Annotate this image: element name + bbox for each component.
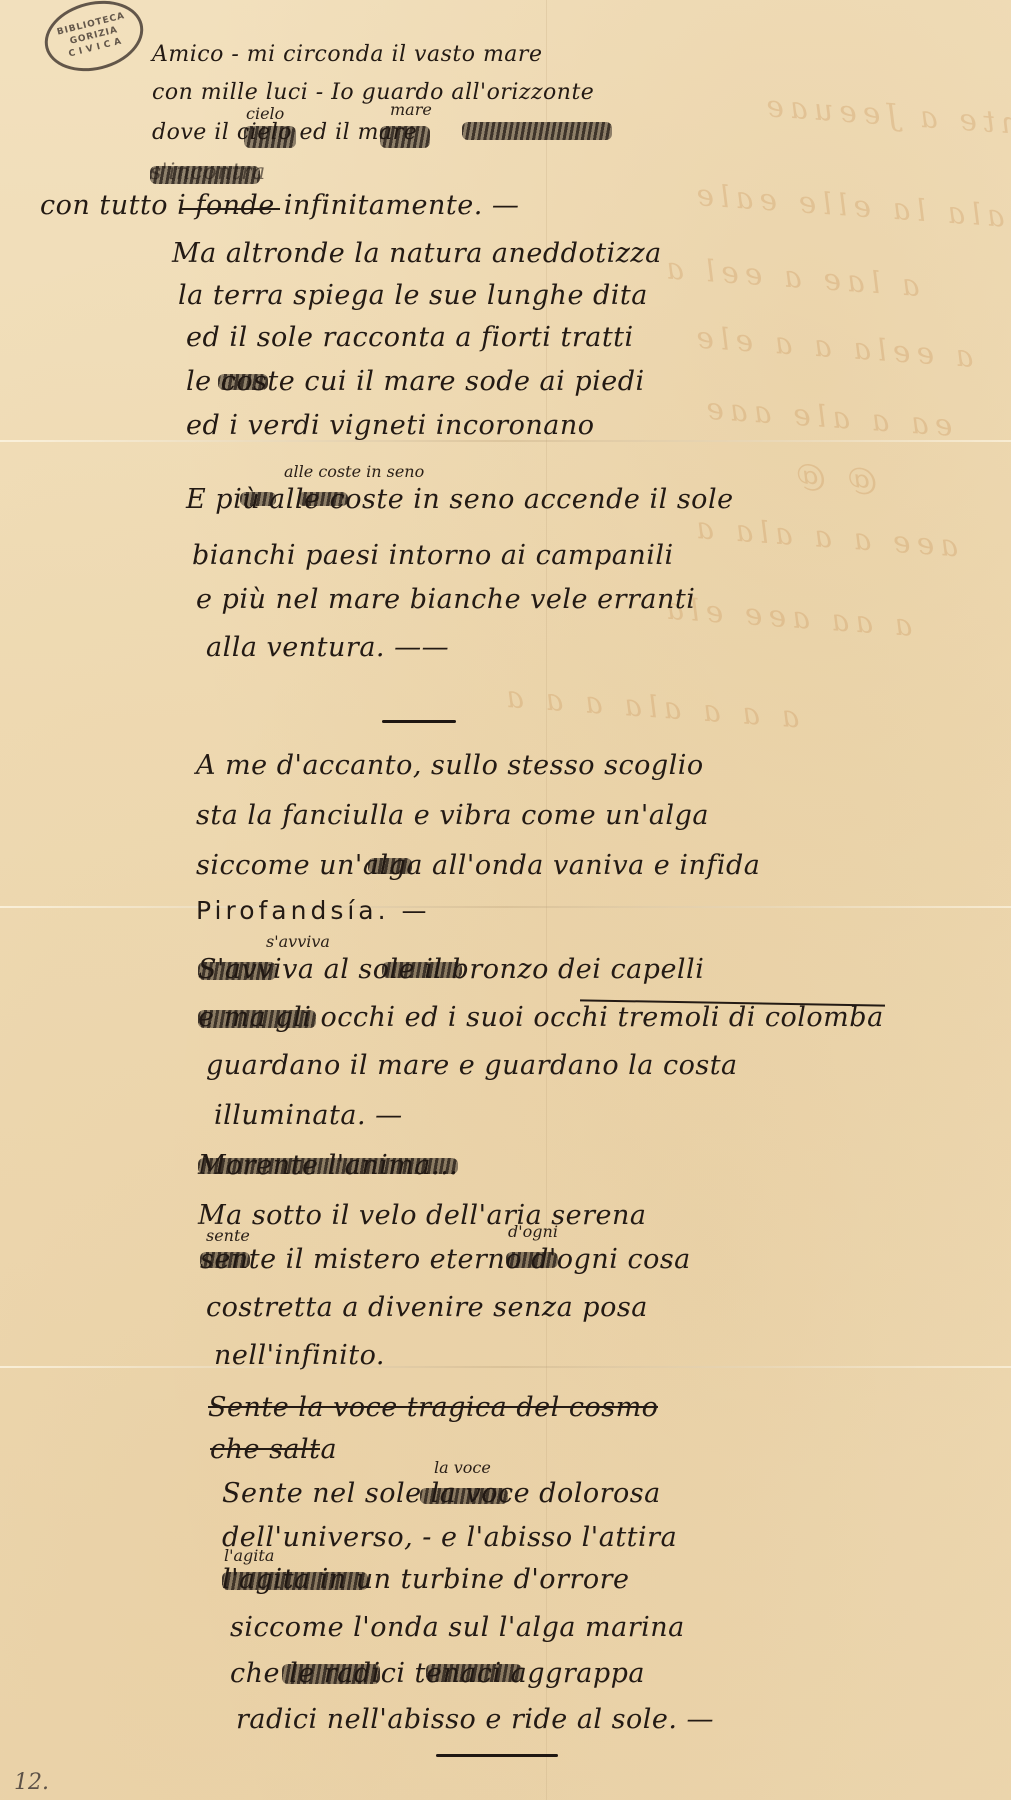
bleed-through-text: @ @ xyxy=(789,457,879,498)
poem-line: siccome un'alga all'onda vaniva e infida xyxy=(196,850,760,881)
poem-line: Ma altronde la natura aneddotizza xyxy=(172,238,662,269)
crossed-out-word xyxy=(506,1252,558,1268)
poem-line: dell'universo, - e l'abisso l'attira xyxy=(222,1522,677,1553)
library-stamp: BIBLIOTECA GORIZIA CIVICA xyxy=(37,0,150,81)
page-number: 12. xyxy=(14,1770,49,1795)
crossed-out-word xyxy=(198,1010,316,1028)
insertion-text: la voce xyxy=(434,1458,491,1477)
crossed-out-word xyxy=(222,1572,368,1590)
crossed-out-word xyxy=(240,492,276,506)
crossed-out-word xyxy=(380,126,430,148)
insertion-text: mare xyxy=(390,100,432,119)
strikethrough xyxy=(210,1448,320,1450)
bleed-through-text: a eela a a ele xyxy=(689,320,975,375)
crossed-out-word xyxy=(150,166,260,184)
section-divider xyxy=(382,720,456,723)
crossed-out-word xyxy=(420,1488,508,1504)
bleed-through-text: a lae a eel a xyxy=(659,251,921,304)
poem-line: nell'infinito. xyxy=(214,1340,385,1371)
poem-line: bianchi paesi intorno ai campanili xyxy=(192,540,674,571)
bleed-through-text: a ala la elle eale xyxy=(689,178,1011,238)
bleed-through-text: Ahmte a Jeeuae xyxy=(759,89,1011,146)
poem-line: sente il mistero eterno d'ogni cosa xyxy=(200,1244,691,1275)
crossed-out-word xyxy=(426,1664,522,1682)
insertion-text: l'agita xyxy=(224,1546,274,1565)
crossed-out-word xyxy=(244,126,296,148)
crossed-out-word xyxy=(298,492,348,506)
bleed-through-text: aee a a ala a xyxy=(689,511,959,565)
poem-line: Pirofandsía. — xyxy=(196,896,431,925)
poem-line: guardano il mare e guardano la costa xyxy=(206,1050,738,1081)
paper-fold-line xyxy=(0,906,1011,908)
bleed-through-text: ea a ale aae xyxy=(699,391,954,444)
strikethrough xyxy=(180,208,280,210)
crossed-out-word xyxy=(462,122,612,140)
poem-line: costretta a divenire senza posa xyxy=(206,1292,648,1323)
crossed-out-word xyxy=(200,1252,250,1268)
poem-line: radici nell'abisso e ride al sole. — xyxy=(236,1704,714,1735)
poem-line: con tutto i fonde infinitamente. — xyxy=(40,190,519,221)
crossed-out-word xyxy=(218,374,268,390)
poem-line: Ma sotto il velo dell'aria serena xyxy=(198,1200,647,1231)
poem-line: ed il sole racconta a fiorti tratti xyxy=(186,322,634,353)
crossed-out-word xyxy=(282,1664,380,1684)
bleed-through-text: a aa aee ela xyxy=(659,591,914,644)
strikethrough xyxy=(208,1406,658,1408)
poem-line: alla ventura. —— xyxy=(206,632,449,663)
poem-line: Amico - mi circonda il vasto mare xyxy=(152,42,542,67)
poem-line: siccome l'onda sul l'alga marina xyxy=(230,1612,685,1643)
insertion-text: s'avviva xyxy=(266,932,330,951)
crossed-out-word xyxy=(382,962,462,978)
insertion-text: sente xyxy=(206,1226,250,1245)
poem-line: ed i verdi vigneti incoronano xyxy=(186,410,595,441)
crossed-out-word xyxy=(368,858,412,874)
poem-line: la terra spiega le sue lunghe dita xyxy=(178,280,648,311)
poem-line: sta la fanciulla e vibra come un'alga xyxy=(196,800,709,831)
crossed-out-word xyxy=(198,962,276,980)
poem-line: e più nel mare bianche vele erranti xyxy=(196,584,695,615)
manuscript-page: Ahmte a Jeeuae a ala la elle eale a lae … xyxy=(0,0,1011,1800)
bleed-through-text: a a a ala a a a xyxy=(499,680,801,736)
insertion-text: alle coste in seno xyxy=(284,462,424,481)
crossed-out-word xyxy=(198,1158,458,1174)
insertion-text: d'ogni xyxy=(508,1222,558,1241)
section-divider xyxy=(436,1754,558,1757)
poem-line: con mille luci - Io guardo all'orizzonte xyxy=(152,80,594,105)
poem-line: illuminata. — xyxy=(214,1100,403,1131)
poem-line: A me d'accanto, sullo stesso scoglio xyxy=(196,750,704,781)
paper-fold-line xyxy=(0,1366,1011,1368)
